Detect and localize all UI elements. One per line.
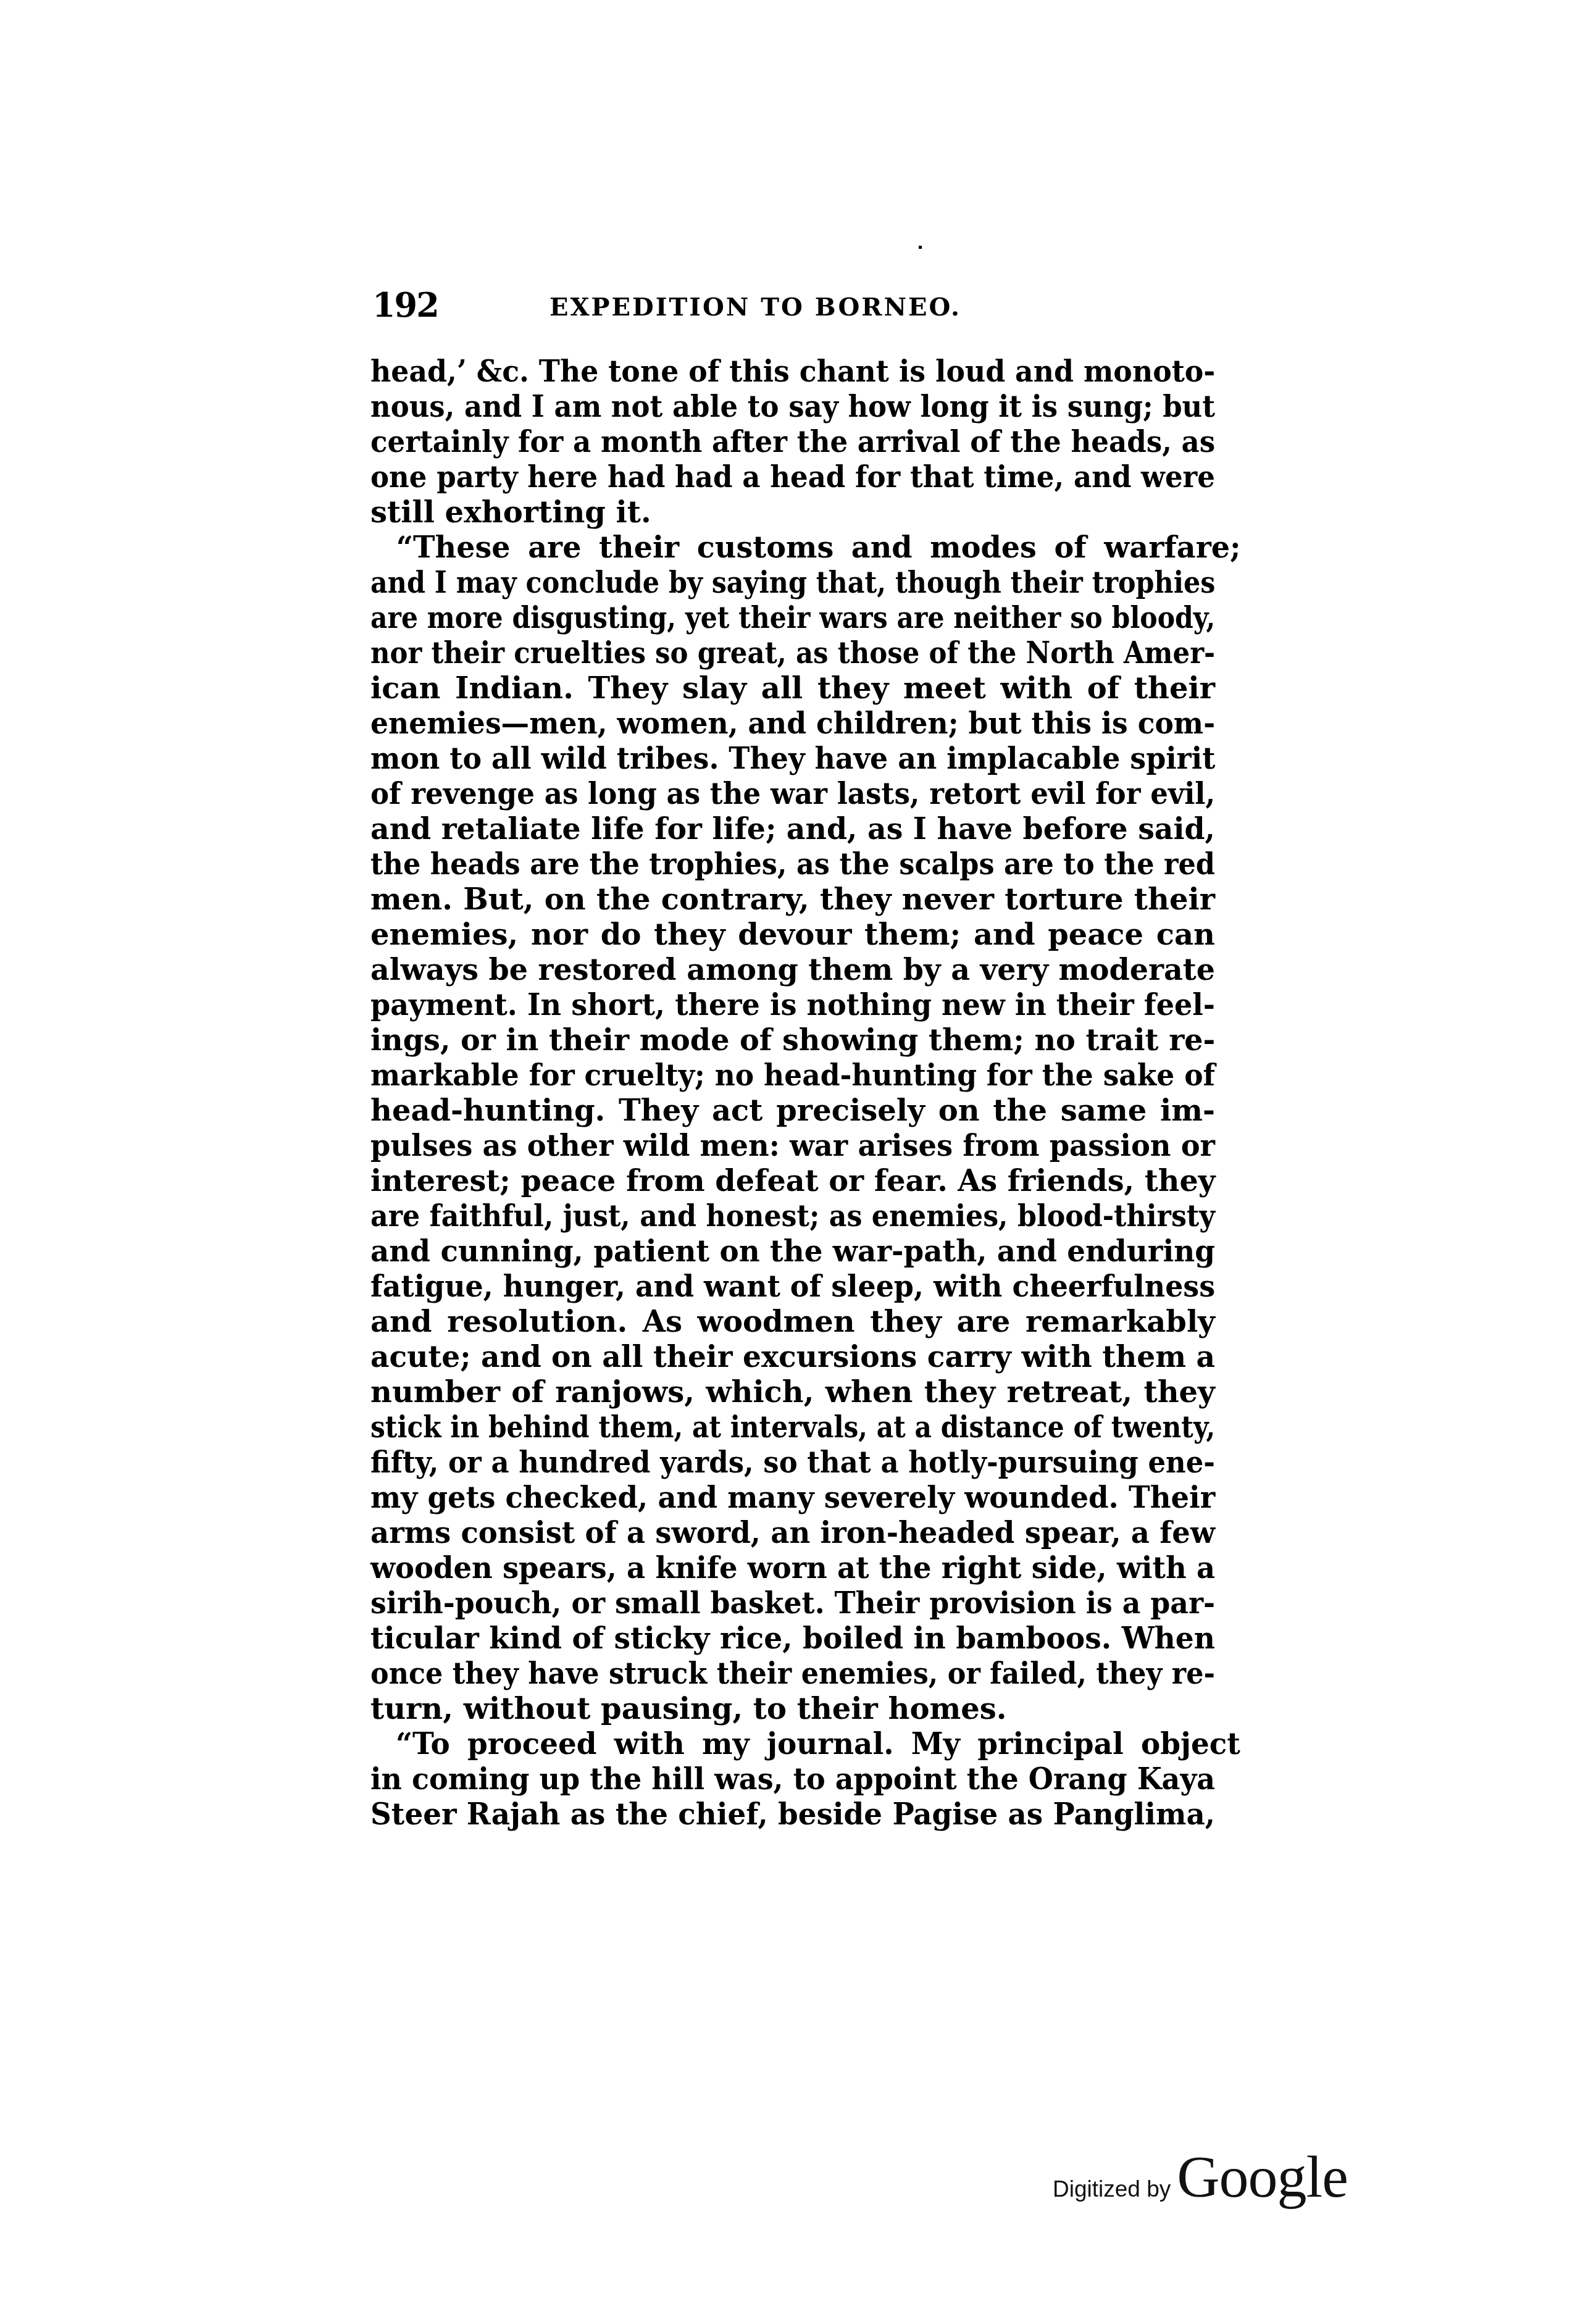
text-line: still exhorting it.	[370, 495, 1215, 530]
text-line: and cunning, patient on the war-path, an…	[370, 1234, 1215, 1269]
text-line: of revenge as long as the war lasts, ret…	[370, 777, 1215, 812]
text-line: one party here had had a head for that t…	[370, 460, 1215, 495]
text-line: mon to all wild tribes. They have an imp…	[370, 741, 1215, 777]
text-line: nor their cruelties so great, as those o…	[370, 636, 1215, 671]
text-line: and I may conclude by saying that, thoug…	[370, 566, 1215, 601]
page-number: 192	[372, 285, 438, 325]
text-line: acute; and on all their excursions carry…	[370, 1340, 1215, 1375]
watermark-prefix: Digitized by	[1053, 2176, 1171, 2202]
text-line: in coming up the hill was, to appoint th…	[370, 1762, 1215, 1797]
text-line: ican Indian. They slay all they meet wit…	[370, 671, 1215, 706]
text-line: sirih-pouch, or small basket. Their prov…	[370, 1586, 1215, 1621]
text-line: once they have struck their enemies, or …	[370, 1656, 1215, 1692]
text-line: Steer Rajah as the chief, beside Pagise …	[370, 1797, 1215, 1832]
text-line: and resolution. As woodmen they are rema…	[370, 1305, 1215, 1340]
text-line: are faithful, just, and honest; as enemi…	[370, 1199, 1215, 1234]
running-title: EXPEDITION TO BORNEO.	[549, 293, 961, 322]
text-line: “These are their customs and modes of wa…	[370, 530, 1241, 566]
text-line: “To proceed with my journal. My principa…	[370, 1727, 1240, 1762]
text-line: enemies, nor do they devour them; and pe…	[370, 917, 1215, 953]
text-line: certainly for a month after the arrival …	[370, 425, 1215, 460]
text-line: fifty, or a hundred yards, so that a hot…	[370, 1445, 1215, 1480]
text-line: and retaliate life for life; and, as I h…	[370, 812, 1215, 847]
text-line: ticular kind of sticky rice, boiled in b…	[370, 1621, 1215, 1656]
running-head: 192 EXPEDITION TO BORNEO.	[370, 285, 1216, 328]
body-text: head,’ &c. The tone of this chant is lou…	[370, 354, 1215, 1832]
text-line: stick in behind them, at intervals, at a…	[370, 1410, 1215, 1445]
text-line: the heads are the trophies, as the scalp…	[370, 847, 1215, 882]
text-line: markable for cruelty; no head-hunting fo…	[370, 1058, 1215, 1093]
text-line: always be restored among them by a very …	[370, 953, 1215, 988]
text-line: turn, without pausing, to their homes.	[370, 1692, 1215, 1727]
text-line: men. But, on the contrary, they never to…	[370, 882, 1215, 917]
text-line: nous, and I am not able to say how long …	[370, 390, 1215, 425]
text-line: number of ranjows, which, when they retr…	[370, 1375, 1215, 1410]
text-line: head,’ &c. The tone of this chant is lou…	[370, 354, 1215, 390]
text-line: are more disgusting, yet their wars are …	[370, 601, 1215, 636]
text-line: head-hunting. They act precisely on the …	[370, 1093, 1215, 1129]
scan-speck	[919, 246, 922, 249]
text-line: fatigue, hunger, and want of sleep, with…	[370, 1269, 1215, 1305]
google-logo: Google	[1177, 2142, 1348, 2211]
text-line: payment. In short, there is nothing new …	[370, 988, 1215, 1023]
text-line: ings, or in their mode of showing them; …	[370, 1023, 1215, 1058]
text-line: my gets checked, and many severely wound…	[370, 1480, 1215, 1516]
text-line: arms consist of a sword, an iron-headed …	[370, 1516, 1215, 1551]
digitized-by-google-watermark: Digitized by Google	[1053, 2142, 1348, 2216]
text-line: interest; peace from defeat or fear. As …	[370, 1164, 1215, 1199]
text-line: wooden spears, a knife worn at the right…	[370, 1551, 1215, 1586]
text-line: enemies—men, women, and children; but th…	[370, 706, 1215, 741]
text-line: pulses as other wild men: war arises fro…	[370, 1129, 1215, 1164]
